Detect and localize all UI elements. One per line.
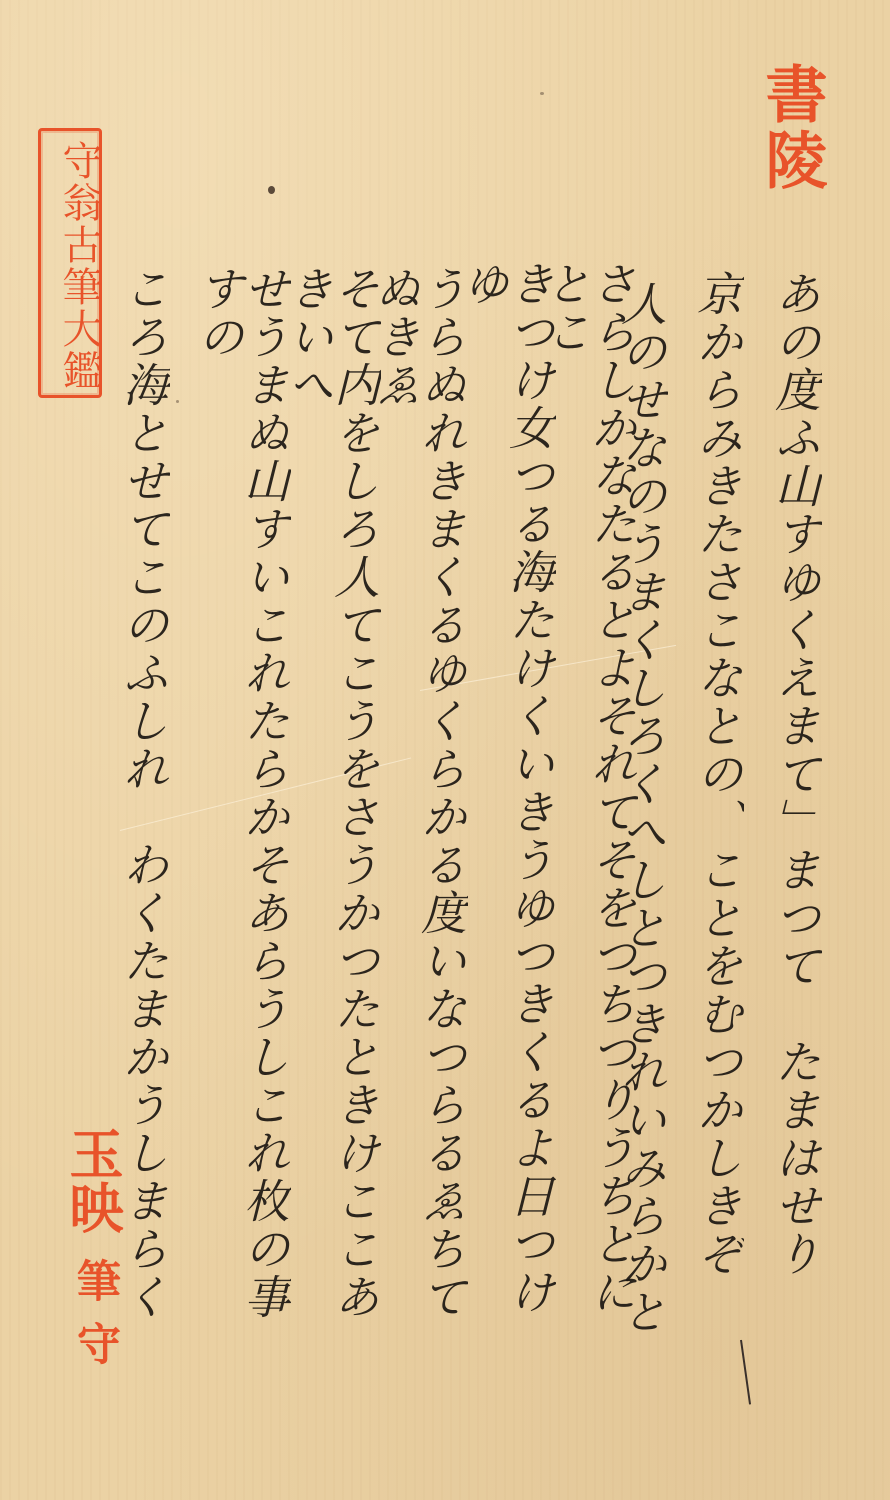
seal-signature-brush: 筆 [66, 1255, 116, 1305]
ink-speck [540, 92, 544, 95]
text-column-9: ころ海とせてこのふしれ わくたまかうしまらく [120, 265, 166, 1355]
text-column-2: 京からみきたさこなとの、ことをむつかしきぞ [694, 270, 740, 1350]
stray-stroke [740, 1340, 751, 1405]
text-column-7: そて内をしろ人てこうをさうかつたときけここあきいへ [285, 265, 377, 1355]
seal-top-right: 書陵 [752, 60, 822, 195]
seal-signature-name: 玉映 [58, 1120, 120, 1240]
seal-collector-left: 守翁古筆大鑑 [38, 128, 102, 398]
manuscript-page: 書陵 守翁古筆大鑑 玉映 筆 守 あの度ふ山すゆくえまて」まつて たまはせり 京… [0, 0, 890, 1500]
text-column-8: せうまぬ山すいこれたらかそあらうしこれ枚の事すの [195, 265, 287, 1355]
seal-signature-mark: 守 [66, 1318, 116, 1368]
text-column-5: きつけ女つる海たけくいきうゆつきくるよ日つけゆ [460, 260, 552, 1350]
text-column-6: うらぬれきまくるゆくらかる度いなつらるゑちてぬきゑ [372, 265, 464, 1355]
ink-speck [176, 400, 179, 403]
text-column-1: あの度ふ山すゆくえまて」まつて たまはせり [772, 270, 818, 1350]
ink-speck [268, 186, 275, 194]
